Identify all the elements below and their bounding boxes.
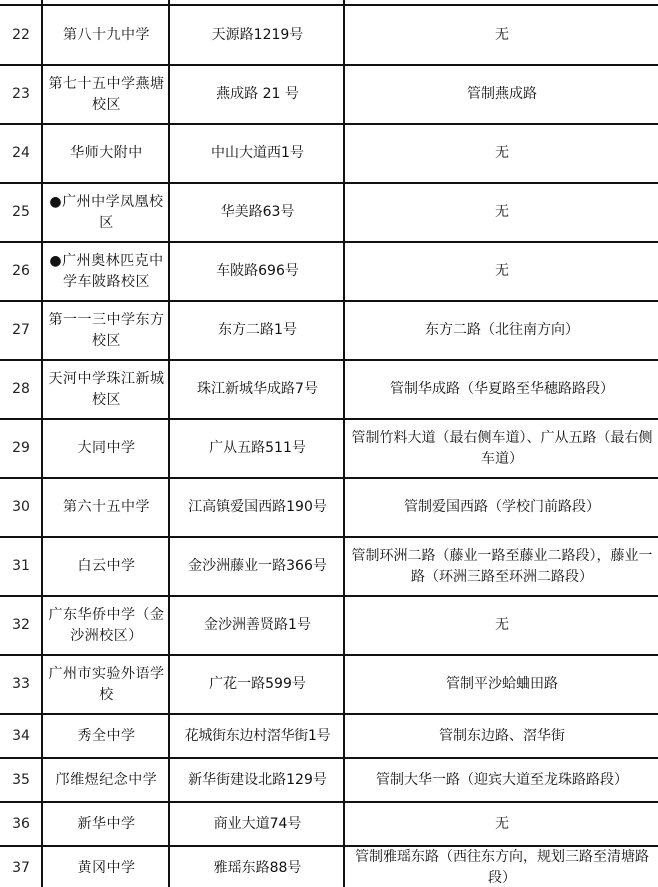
school-name: 新华中学 [44,803,169,845]
row-number: 31 [0,538,42,595]
school-name: 第八十九中学 [44,6,169,64]
school-name: 第一一三中学东方校区 [44,302,169,359]
traffic-control: 管制平沙蛤蛐田路 [346,656,658,713]
school-name: 第七十五中学燕塘校区 [44,66,169,123]
school-address: 天源路1219号 [171,6,344,64]
table-row: 23 第七十五中学燕塘校区 燕成路 21 号 管制燕成路 [0,66,658,123]
table-row: 37 黄冈中学 雅瑶东路88号 管制雅瑶东路（西往东方向，规划三路至清塘路段） [0,847,658,887]
school-name: 广州市实验外语学校 [44,656,169,713]
traffic-control: 管制环洲二路（藤业一路至藤业二路段），藤业一路（环洲三路至环洲二路段） [346,538,658,595]
school-address: 雅瑶东路88号 [171,847,344,887]
table-row: 28 天河中学珠江新城校区 珠江新城华成路7号 管制华成路（华夏路至华穗路路段） [0,361,658,418]
school-address: 华美路63号 [171,184,344,241]
school-name: 白云中学 [44,538,169,595]
school-address: 新华街建设北路129号 [171,759,344,801]
traffic-control: 管制燕成路 [346,66,658,123]
row-number: 30 [0,479,42,536]
row-number: 37 [0,847,42,887]
traffic-control: 管制大华一路（迎宾大道至龙珠路路段） [346,759,658,801]
row-number: 34 [0,715,42,757]
table-row: 30 第六十五中学 江高镇爱国西路190号 管制爱国西路（学校门前路段） [0,479,658,536]
school-address: 中山大道西1号 [171,125,344,182]
table-row: 33 广州市实验外语学校 广花一路599号 管制平沙蛤蛐田路 [0,656,658,713]
row-number: 25 [0,184,42,241]
traffic-control: 管制竹料大道（最右侧车道）、广从五路（最右侧车道） [346,420,658,477]
school-address: 广花一路599号 [171,656,344,713]
school-address: 花城街东边村滘华街1号 [171,715,344,757]
row-number: 33 [0,656,42,713]
traffic-control: 管制东边路、滘华街 [346,715,658,757]
row-number: 23 [0,66,42,123]
school-name: 华师大附中 [44,125,169,182]
row-number: 26 [0,243,42,300]
traffic-control: 无 [346,184,658,241]
school-name: 邝维煜纪念中学 [44,759,169,801]
school-address: 广从五路511号 [171,420,344,477]
table-row: 31 白云中学 金沙洲藤业一路366号 管制环洲二路（藤业一路至藤业二路段），藤… [0,538,658,595]
row-number: 28 [0,361,42,418]
school-address: 江高镇爱国西路190号 [171,479,344,536]
school-name: ●广州奥林匹克中学车陂路校区 [44,243,169,300]
school-address: 珠江新城华成路7号 [171,361,344,418]
school-name: 第六十五中学 [44,479,169,536]
school-name: ●广州中学凤凰校区 [44,184,169,241]
traffic-control: 无 [346,243,658,300]
school-name: 秀全中学 [44,715,169,757]
table-row: 26 ●广州奥林匹克中学车陂路校区 车陂路696号 无 [0,243,658,300]
school-address: 商业大道74号 [171,803,344,845]
school-name: 黄冈中学 [44,847,169,887]
row-number: 27 [0,302,42,359]
table-row: 22 第八十九中学 天源路1219号 无 [0,6,658,64]
school-name: 天河中学珠江新城校区 [44,361,169,418]
school-address: 金沙洲善贤路1号 [171,597,344,654]
school-name: 大同中学 [44,420,169,477]
row-number: 36 [0,803,42,845]
table-row: 36 新华中学 商业大道74号 无 [0,803,658,845]
row-number: 32 [0,597,42,654]
school-address: 燕成路 21 号 [171,66,344,123]
row-number: 22 [0,6,42,64]
table-row: 24 华师大附中 中山大道西1号 无 [0,125,658,182]
row-number: 24 [0,125,42,182]
school-name: 广东华侨中学（金沙洲校区） [44,597,169,654]
traffic-control: 无 [346,597,658,654]
traffic-control: 管制雅瑶东路（西往东方向，规划三路至清塘路段） [346,847,658,887]
traffic-control: 无 [346,803,658,845]
table-row: 29 大同中学 广从五路511号 管制竹料大道（最右侧车道）、广从五路（最右侧车… [0,420,658,477]
traffic-control: 管制华成路（华夏路至华穗路路段） [346,361,658,418]
row-number: 29 [0,420,42,477]
school-address: 车陂路696号 [171,243,344,300]
traffic-control: 管制爱国西路（学校门前路段） [346,479,658,536]
traffic-control: 无 [346,6,658,64]
table-row: 32 广东华侨中学（金沙洲校区） 金沙洲善贤路1号 无 [0,597,658,654]
table-row: 35 邝维煜纪念中学 新华街建设北路129号 管制大华一路（迎宾大道至龙珠路路段… [0,759,658,801]
school-traffic-control-table: 22 第八十九中学 天源路1219号 无 23 第七十五中学燕塘校区 燕成路 2… [0,0,658,887]
school-address: 东方二路1号 [171,302,344,359]
school-address: 金沙洲藤业一路366号 [171,538,344,595]
traffic-control: 东方二路（北往南方向） [346,302,658,359]
row-number: 35 [0,759,42,801]
traffic-control: 无 [346,125,658,182]
table-row: 25 ●广州中学凤凰校区 华美路63号 无 [0,184,658,241]
table-row: 34 秀全中学 花城街东边村滘华街1号 管制东边路、滘华街 [0,715,658,757]
table-row: 27 第一一三中学东方校区 东方二路1号 东方二路（北往南方向） [0,302,658,359]
